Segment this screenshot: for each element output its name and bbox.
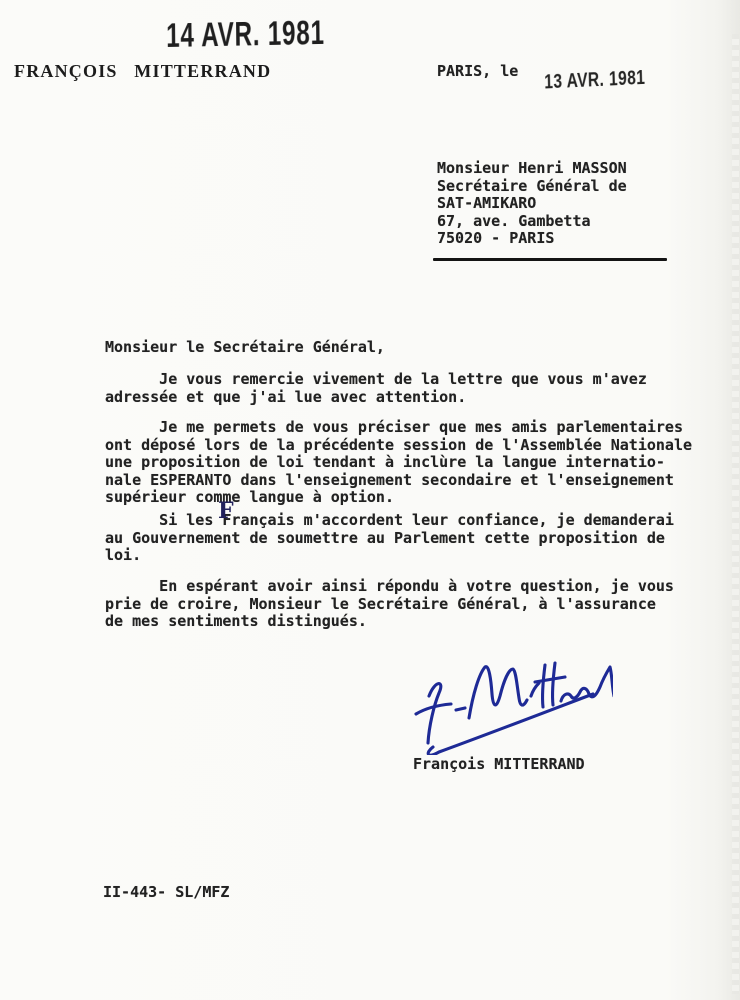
salutation-line: Monsieur le Secrétaire Général,	[105, 339, 385, 357]
body-paragraph-3: Si les Français m'accordent leur confian…	[105, 512, 674, 565]
sent-date-stamp: 13 AVR. 1981	[544, 66, 646, 94]
handwritten-overstrike-F: F	[218, 500, 234, 522]
dateline-city: PARIS, le	[437, 63, 518, 81]
scan-edge-artifact	[732, 34, 739, 994]
letter-page: 14 AVR. 1981 FRANÇOIS MITTERRAND PARIS, …	[0, 0, 740, 1000]
reference-code: II-443- SL/MFZ	[103, 884, 229, 902]
typed-signature-name: François MITTERRAND	[413, 756, 585, 774]
address-underline-rule	[433, 258, 667, 261]
body-paragraph-1: Je vous remercie vivement de la lettre q…	[105, 371, 647, 406]
body-paragraph-2: Je me permets de vous préciser que mes a…	[105, 419, 692, 507]
letterhead-sender-name: FRANÇOIS MITTERRAND	[14, 61, 271, 82]
recipient-address-block: Monsieur Henri MASSON Secrétaire Général…	[437, 160, 627, 248]
body-paragraph-4: En espérant avoir ainsi répondu à votre …	[105, 578, 674, 631]
handwritten-signature	[413, 650, 613, 755]
received-date-stamp: 14 AVR. 1981	[166, 13, 325, 56]
